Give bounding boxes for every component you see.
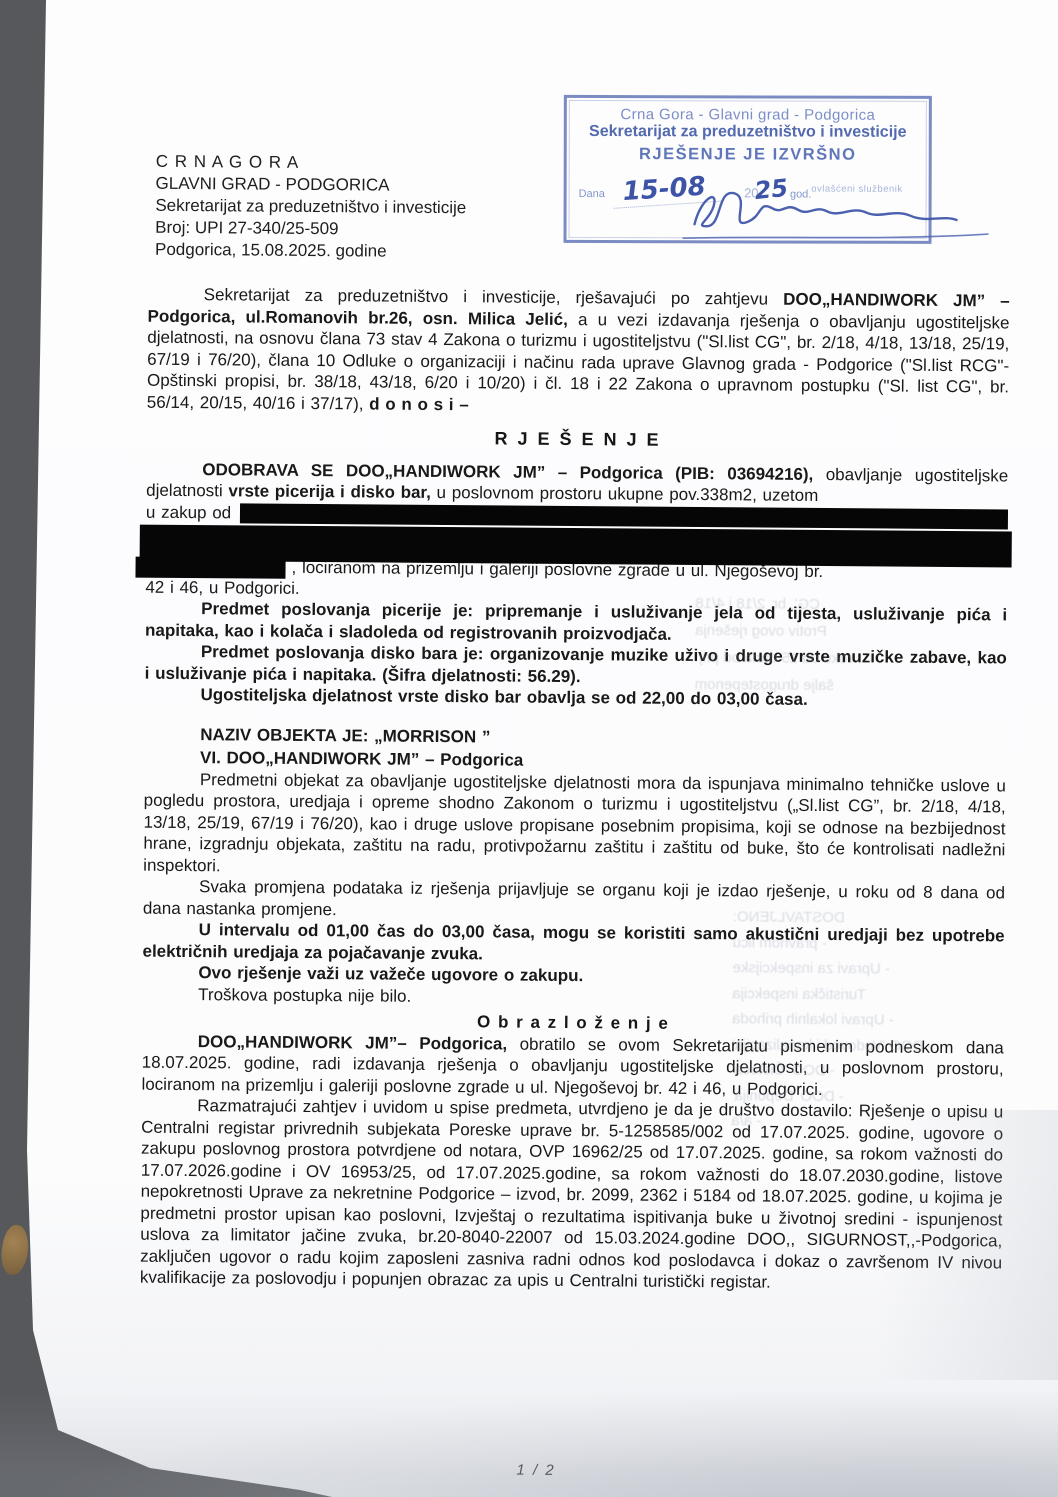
bleedthrough-line: - Upravi lokalnih prihoda bbox=[732, 1009, 1012, 1031]
bleedthrough-line: CG', br. 2/18 i 4/18 bbox=[695, 590, 1015, 620]
bleedthrough-line: Protiv ovog rješenja bbox=[695, 617, 1015, 647]
bleedthrough-line: - pravnom licu bbox=[733, 933, 1013, 955]
stamp-line-status: RJEŠENJE JE IZVRŠNO bbox=[567, 145, 929, 165]
bleedthrough-line: šalje drugostepenom bbox=[695, 671, 1015, 701]
bleedthrough-line: - DOO 'Čistoća' bbox=[732, 1060, 1012, 1082]
document-body: Sekretarijat za preduzetništvo i investi… bbox=[140, 284, 1010, 1295]
letterhead-department: Sekretarijat za preduzetništvo i investi… bbox=[155, 195, 466, 219]
page-number: 1 / 2 bbox=[516, 1462, 555, 1479]
bold-text-run: DOO„HANDIWORK JM”– Podgorica, bbox=[198, 1032, 507, 1053]
stamp-line-country: Crna Gora - Glavni grad - Podgorica bbox=[567, 106, 929, 124]
letterhead-place-date: Podgorica, 15.08.2025. godine bbox=[155, 239, 466, 263]
lease-prefix-text: u zakup od bbox=[146, 501, 231, 523]
paragraph-odobrava: ODOBRAVA SE DOO„HANDIWORK JM” – Podgoric… bbox=[146, 458, 1008, 508]
scanned-document-page: C R N A G O R A GLAVNI GRAD - PODGORICA … bbox=[0, 0, 1058, 1497]
bold-text-run: vrste picerija i disko bar, bbox=[228, 481, 431, 502]
bleedthrough-line: Turistička inspekcija bbox=[732, 984, 1012, 1006]
stamp-line-department: Sekretarijat za preduzetništvo i investi… bbox=[567, 123, 929, 142]
letterhead-country: C R N A G O R A bbox=[156, 151, 467, 175]
bleedthrough-text-upper: CG', br. 2/18 i 4/18Protiv ovog rješenja… bbox=[695, 590, 1016, 701]
bleedthrough-line: - DOO 'Deponija' bbox=[731, 1086, 1011, 1108]
letterhead: C R N A G O R A GLAVNI GRAD - PODGORICA … bbox=[155, 151, 467, 263]
bold-text-run: d o n o s i – bbox=[369, 394, 469, 414]
execution-stamp: Crna Gora - Glavni grad - Podgorica Sekr… bbox=[563, 95, 931, 244]
heading-rjesenje: R J E Š E N J E bbox=[146, 426, 1008, 454]
bleedthrough-line: - Upravi za inspekcijske bbox=[732, 958, 1012, 980]
bleedthrough-text-lower: DOSTAVLJENO:- pravnom licu- Upravi za in… bbox=[731, 907, 1013, 1139]
paragraph-uslovi: Predmetni objekat za obavljanje ugostite… bbox=[143, 768, 1006, 882]
bold-text-run: ODOBRAVA SE DOO„HANDIWORK JM” – Podgoric… bbox=[202, 460, 813, 484]
text-run: Sekretarijat za preduzetništvo i investi… bbox=[204, 285, 784, 309]
letterhead-case-number: Broj: UPI 27-340/25-509 bbox=[155, 217, 466, 241]
bleedthrough-line: roku od 15 dana od prij. bbox=[695, 644, 1015, 674]
redaction-block bbox=[140, 524, 1012, 567]
bleedthrough-line: DOSTAVLJENO: bbox=[733, 907, 1013, 929]
bleedthrough-line: - DOO 'Vodovod i kanalizacija' bbox=[732, 1035, 1012, 1057]
text-run: u poslovnom prostoru ukupne pov.338m2, u… bbox=[431, 483, 819, 505]
signature-icon bbox=[680, 172, 990, 257]
document-content: C R N A G O R A GLAVNI GRAD - PODGORICA … bbox=[0, 0, 1058, 1497]
paragraph-intro: Sekretarijat za preduzetništvo i investi… bbox=[147, 284, 1010, 420]
bleedthrough-line: - a/a bbox=[731, 1111, 1011, 1133]
stamp-date-label: Dana bbox=[579, 188, 605, 200]
letterhead-city: GLAVNI GRAD - PODGORICA bbox=[155, 173, 466, 197]
